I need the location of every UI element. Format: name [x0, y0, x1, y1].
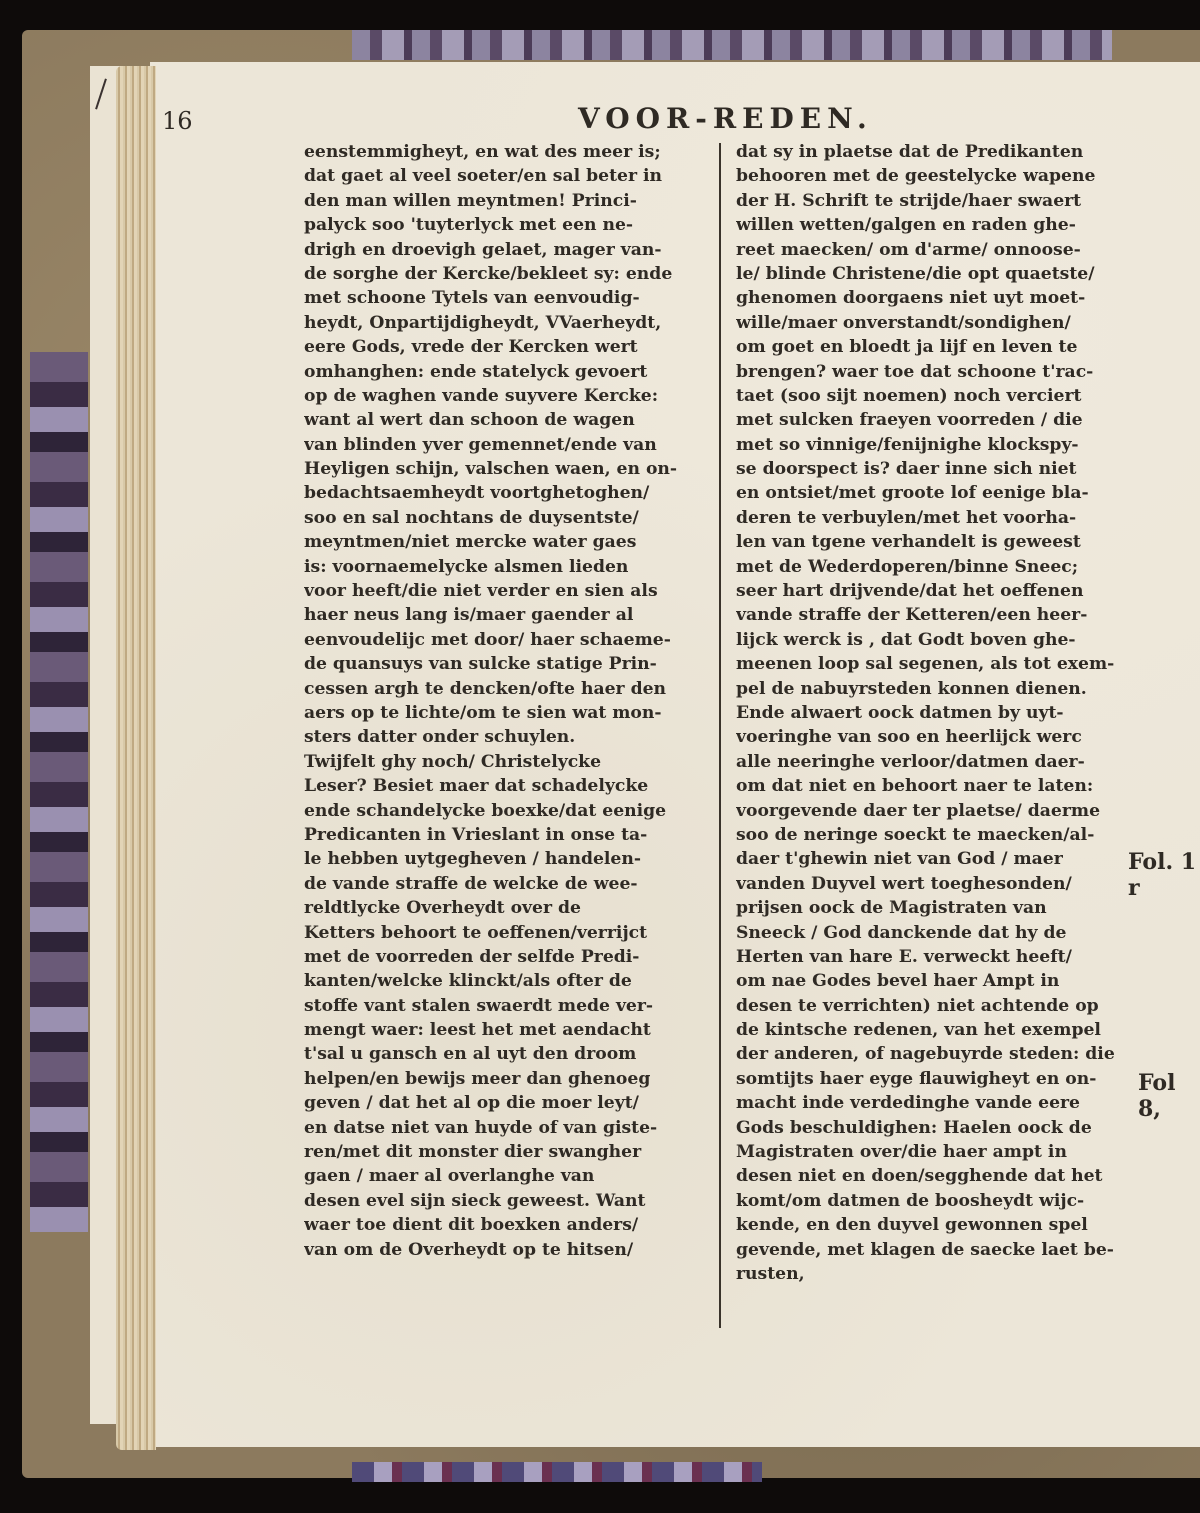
text-line: met de Wederdoperen/binne Sneec; — [736, 555, 1120, 579]
margin-note: Fol 8, — [1138, 1070, 1200, 1122]
left-column: eenstemmigheyt, en wat des meer is;dat g… — [304, 140, 708, 1262]
text-line: deren te verbuylen/met het voorha- — [736, 506, 1120, 530]
marbled-paper-left — [30, 352, 88, 1232]
text-line: vanden Duyvel wert toeghesonden/ — [736, 872, 1120, 896]
text-line: de sorghe der Kercke/bekleet sy: ende — [304, 262, 708, 286]
text-line: ren/met dit monster dier swangher — [304, 1140, 708, 1164]
page-number: 16 — [162, 107, 193, 135]
text-line: gaen / maer al overlanghe van — [304, 1164, 708, 1188]
text-line: eenstemmigheyt, en wat des meer is; — [304, 140, 708, 164]
text-line: Sneeck / God danckende dat hy de — [736, 921, 1120, 945]
text-line: t'sal u gansch en al uyt den droom — [304, 1042, 708, 1066]
column-rule — [719, 143, 721, 1328]
text-line: mengt waer: leest het met aendacht — [304, 1018, 708, 1042]
text-line: meenen loop sal segenen, als tot exem- — [736, 652, 1120, 676]
text-line: Ende alwaert oock datmen by uyt- — [736, 701, 1120, 725]
text-line: cessen argh te dencken/ofte haer den — [304, 677, 708, 701]
text-line: met schoone Tytels van eenvoudig- — [304, 286, 708, 310]
text-line: eere Gods, vrede der Kercken wert — [304, 335, 708, 359]
text-line: gevende, met klagen de saecke laet be- — [736, 1238, 1120, 1262]
text-line: Gods beschuldighen: Haelen oock de — [736, 1116, 1120, 1140]
text-line: stoffe vant stalen swaerdt mede ver- — [304, 994, 708, 1018]
text-line: de vande straffe de welcke de wee- — [304, 872, 708, 896]
text-line: meyntmen/niet mercke water gaes — [304, 530, 708, 554]
text-line: desen niet en doen/segghende dat het — [736, 1164, 1120, 1188]
marbled-paper-bottom — [352, 1462, 762, 1482]
text-line: en ontsiet/met groote lof eenige bla- — [736, 481, 1120, 505]
text-line: waer toe dient dit boexken anders/ — [304, 1213, 708, 1237]
text-line: haer neus lang is/maer gaender al — [304, 603, 708, 627]
text-line: Leser? Besiet maer dat schadelycke — [304, 774, 708, 798]
text-line: komt/om datmen de boosheydt wijc- — [736, 1189, 1120, 1213]
text-line: dat gaet al veel soeter/en sal beter in — [304, 164, 708, 188]
text-line: ende schandelycke boexke/dat eenige — [304, 799, 708, 823]
text-line: van om de Overheydt op te hitsen/ — [304, 1238, 708, 1262]
text-line: is: voornaemelycke alsmen lieden — [304, 555, 708, 579]
text-line: kende, en den duyvel gewonnen spel — [736, 1213, 1120, 1237]
text-line: le/ blinde Christene/die opt quaetste/ — [736, 262, 1120, 286]
text-line: reet maecken/ om d'arme/ onnoose- — [736, 238, 1120, 262]
text-line: Heyligen schijn, valschen waen, en on- — [304, 457, 708, 481]
text-line: daer t'ghewin niet van God / maer — [736, 847, 1120, 871]
text-line: met sulcken fraeyen voorreden / die — [736, 408, 1120, 432]
text-line: omhanghen: ende statelyck gevoert — [304, 360, 708, 384]
margin-note: Fol. 1 r — [1128, 849, 1200, 901]
text-line: der H. Schrift te strijde/haer swaert — [736, 189, 1120, 213]
text-line: se doorspect is? daer inne sich niet — [736, 457, 1120, 481]
text-line: seer hart drijvende/dat het oeffenen — [736, 579, 1120, 603]
text-line: der anderen, of nagebuyrde steden: die — [736, 1042, 1120, 1066]
text-line: desen te verrichten) niet achtende op — [736, 994, 1120, 1018]
text-line: brengen? waer toe dat schoone t'rac- — [736, 360, 1120, 384]
text-line: helpen/en bewijs meer dan ghenoeg — [304, 1067, 708, 1091]
text-line: pel de nabuyrsteden konnen dienen. — [736, 677, 1120, 701]
text-line: de quansuys van sulcke statige Prin- — [304, 652, 708, 676]
text-line: de kintsche redenen, van het exempel — [736, 1018, 1120, 1042]
text-line: soo en sal nochtans de duysentste/ — [304, 506, 708, 530]
text-line: van blinden yver gemennet/ende van — [304, 433, 708, 457]
marbled-paper-top — [352, 30, 1112, 60]
text-line: desen evel sijn sieck geweest. Want — [304, 1189, 708, 1213]
text-line: voeringhe van soo en heerlijck werc — [736, 725, 1120, 749]
text-line: met de voorreden der selfde Predi- — [304, 945, 708, 969]
text-line: taet (soo sijt noemen) noch verciert — [736, 384, 1120, 408]
text-line: alle neeringhe verloor/datmen daer- — [736, 750, 1120, 774]
text-line: voorgevende daer ter plaetse/ daerme — [736, 799, 1120, 823]
text-line: eenvoudelijc met door/ haer schaeme- — [304, 628, 708, 652]
text-line: somtijts haer eyge flauwigheyt en on- — [736, 1067, 1120, 1091]
text-line: wille/maer onverstandt/sondighen/ — [736, 311, 1120, 335]
text-line: willen wetten/galgen en raden ghe- — [736, 213, 1120, 237]
text-line: vande straffe der Ketteren/een heer- — [736, 603, 1120, 627]
text-line: drigh en droevigh gelaet, mager van- — [304, 238, 708, 262]
text-line: want al wert dan schoon de wagen — [304, 408, 708, 432]
text-line: prijsen oock de Magistraten van — [736, 896, 1120, 920]
text-line: voor heeft/die niet verder en sien als — [304, 579, 708, 603]
text-line: op de waghen vande suyvere Kercke: — [304, 384, 708, 408]
text-line: dat sy in plaetse dat de Predikanten — [736, 140, 1120, 164]
right-column: dat sy in plaetse dat de Predikantenbeho… — [736, 140, 1120, 1286]
text-line: aers op te lichte/om te sien wat mon- — [304, 701, 708, 725]
text-line: le hebben uytgegheven / handelen- — [304, 847, 708, 871]
text-line: en datse niet van huyde of van giste- — [304, 1116, 708, 1140]
text-line: lijck werck is , dat Godt boven ghe- — [736, 628, 1120, 652]
text-line: om nae Godes bevel haer Ampt in — [736, 969, 1120, 993]
page-edges — [116, 66, 156, 1450]
text-line: met so vinnige/fenijnighe klockspy- — [736, 433, 1120, 457]
text-line: den man willen meyntmen! Princi- — [304, 189, 708, 213]
text-line: Twijfelt ghy noch/ Christelycke — [304, 750, 708, 774]
text-line: palyck soo 'tuyterlyck met een ne- — [304, 213, 708, 237]
text-line: sters datter onder schuylen. — [304, 725, 708, 749]
text-line: ghenomen doorgaens niet uyt moet- — [736, 286, 1120, 310]
text-line: heydt, Onpartijdigheydt, VVaerheydt, — [304, 311, 708, 335]
text-line: soo de neringe soeckt te maecken/al- — [736, 823, 1120, 847]
text-line: om dat niet en behoort naer te laten: — [736, 774, 1120, 798]
text-line: om goet en bloedt ja lijf en leven te — [736, 335, 1120, 359]
text-line: Herten van hare E. verweckt heeft/ — [736, 945, 1120, 969]
text-line: geven / dat het al op die moer leyt/ — [304, 1091, 708, 1115]
text-line: Magistraten over/die haer ampt in — [736, 1140, 1120, 1164]
text-line: bedachtsaemheydt voortghetoghen/ — [304, 481, 708, 505]
text-line: Ketters behoort te oeffenen/verrijct — [304, 921, 708, 945]
text-line: Predicanten in Vrieslant in onse ta- — [304, 823, 708, 847]
text-line: len van tgene verhandelt is geweest — [736, 530, 1120, 554]
text-line: rusten, — [736, 1262, 1120, 1286]
running-head: VOOR-REDEN. — [578, 102, 873, 135]
text-line: kanten/welcke klinckt/als ofter de — [304, 969, 708, 993]
text-line: macht inde verdedinghe vande eere — [736, 1091, 1120, 1115]
text-line: behooren met de geestelycke wapene — [736, 164, 1120, 188]
text-line: reldtlycke Overheydt over de — [304, 896, 708, 920]
